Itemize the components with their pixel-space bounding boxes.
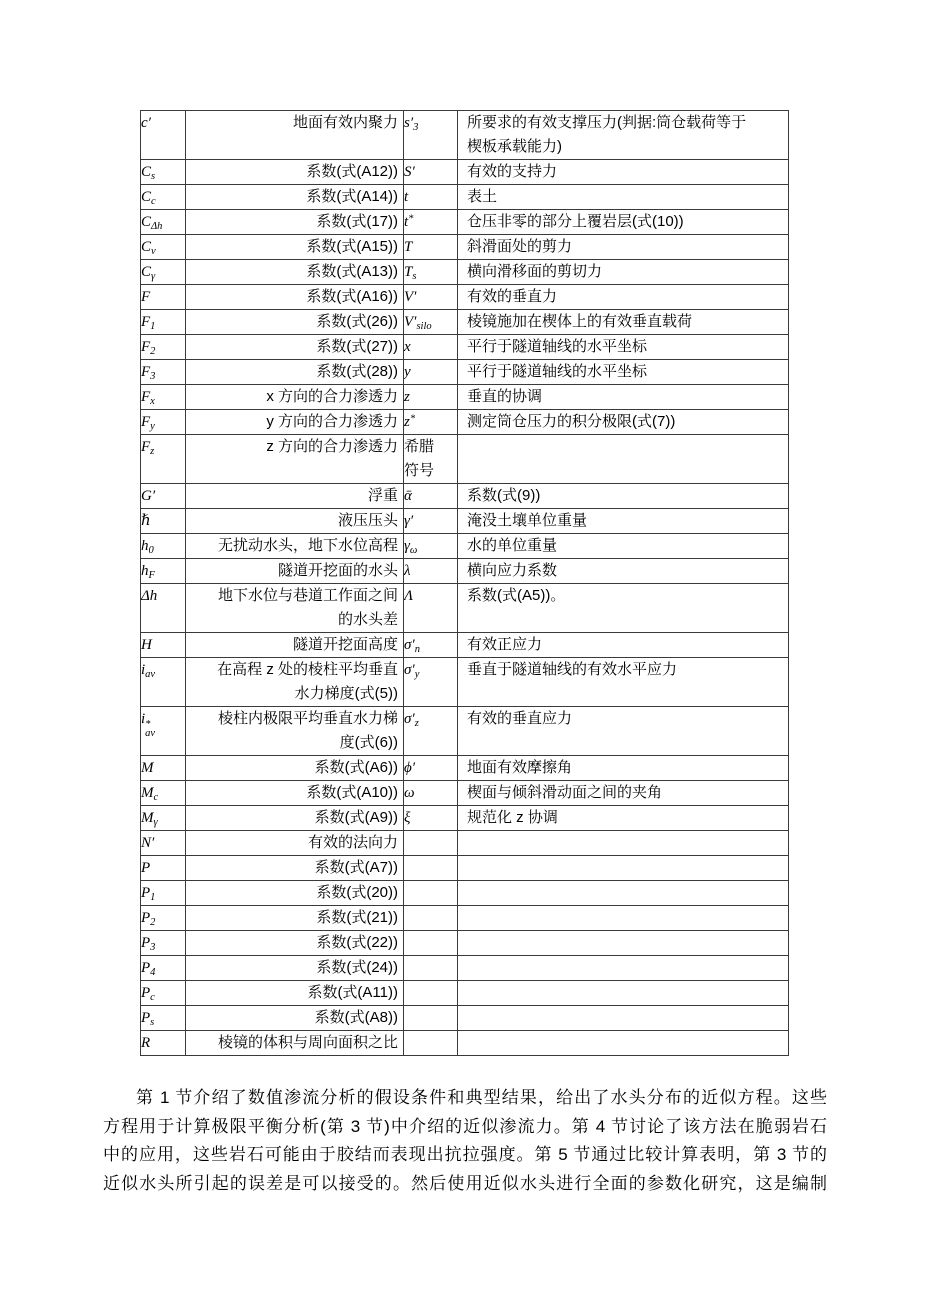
table-row: N′有效的法向力 xyxy=(141,831,789,856)
description-right-cell: 有效的支持力 xyxy=(458,160,789,185)
symbol-right-cell: σ′z xyxy=(404,707,458,756)
description-left-cell: 系数(式(A13)) xyxy=(186,260,404,285)
table-row: i*av棱柱内极限平均垂直水力梯 度(式(6))σ′z有效的垂直应力 xyxy=(141,707,789,756)
symbol-right-cell: ϕ′ xyxy=(404,756,458,781)
description-left-cell: z 方向的合力渗透力 xyxy=(186,435,404,484)
symbol-left-cell: G′ xyxy=(141,484,186,509)
table-row: c′地面有效内聚力s′3所要求的有效支撑压力(判据:筒仓载荷等于 楔板承载能力) xyxy=(141,111,789,160)
symbol-left-cell: Cγ xyxy=(141,260,186,285)
description-left-cell: 系数(式(28)) xyxy=(186,360,404,385)
description-right-cell: 系数(式(9)) xyxy=(458,484,789,509)
symbol-right-cell xyxy=(404,1006,458,1031)
document-page: c′地面有效内聚力s′3所要求的有效支撑压力(判据:筒仓载荷等于 楔板承载能力)… xyxy=(0,0,926,1309)
description-left-cell: 隧道开挖面高度 xyxy=(186,633,404,658)
symbol-left-cell: P xyxy=(141,856,186,881)
symbol-left-cell: M xyxy=(141,756,186,781)
description-left-cell: 地面有效内聚力 xyxy=(186,111,404,160)
description-right-cell: 楔面与倾斜滑动面之间的夹角 xyxy=(458,781,789,806)
table-row: Pc系数(式(A11)) xyxy=(141,981,789,1006)
symbol-left-cell: P4 xyxy=(141,956,186,981)
description-right-cell xyxy=(458,1006,789,1031)
symbol-right-cell: γ′ xyxy=(404,509,458,534)
symbol-left-cell: ℏ xyxy=(141,509,186,534)
table-row: Cc系数(式(A14))t表土 xyxy=(141,185,789,210)
symbol-left-cell: P3 xyxy=(141,931,186,956)
description-right-cell xyxy=(458,906,789,931)
description-right-cell: 所要求的有效支撑压力(判据:筒仓载荷等于 楔板承载能力) xyxy=(458,111,789,160)
description-left-cell: 液压压头 xyxy=(186,509,404,534)
description-right-cell xyxy=(458,856,789,881)
table-row: Cv系数(式(A15))T斜滑面处的剪力 xyxy=(141,235,789,260)
nomenclature-table-body: c′地面有效内聚力s′3所要求的有效支撑压力(判据:筒仓载荷等于 楔板承载能力)… xyxy=(141,111,789,1056)
description-right-cell xyxy=(458,1031,789,1056)
description-left-cell: 系数(式(27)) xyxy=(186,335,404,360)
symbol-left-cell: F2 xyxy=(141,335,186,360)
description-left-cell: 系数(式(A10)) xyxy=(186,781,404,806)
description-left-cell: 系数(式(A9)) xyxy=(186,806,404,831)
symbol-right-cell: V′ xyxy=(404,285,458,310)
table-row: F3系数(式(28))y平行于隧道轴线的水平坐标 xyxy=(141,360,789,385)
symbol-left-cell: CΔh xyxy=(141,210,186,235)
symbol-left-cell: Cs xyxy=(141,160,186,185)
table-row: F2系数(式(27))x平行于隧道轴线的水平坐标 xyxy=(141,335,789,360)
description-right-cell xyxy=(458,435,789,484)
symbol-left-cell: Mγ xyxy=(141,806,186,831)
symbol-right-cell: λ xyxy=(404,559,458,584)
table-row: Fzz 方向的合力渗透力希腊符号 xyxy=(141,435,789,484)
symbol-right-cell: z xyxy=(404,385,458,410)
symbol-right-cell: y xyxy=(404,360,458,385)
table-row: ℏ液压压头γ′淹没土壤单位重量 xyxy=(141,509,789,534)
description-left-cell: 棱柱内极限平均垂直水力梯 度(式(6)) xyxy=(186,707,404,756)
description-right-cell: 平行于隧道轴线的水平坐标 xyxy=(458,360,789,385)
symbol-right-cell xyxy=(404,856,458,881)
symbol-left-cell: H xyxy=(141,633,186,658)
symbol-right-cell: ω xyxy=(404,781,458,806)
table-row: Mγ系数(式(A9))ξ规范化 z 协调 xyxy=(141,806,789,831)
description-left-cell: 隧道开挖面的水头 xyxy=(186,559,404,584)
description-right-cell: 测定筒仓压力的积分极限(式(7)) xyxy=(458,410,789,435)
symbol-right-cell xyxy=(404,881,458,906)
description-right-cell: 垂直于隧道轴线的有效水平应力 xyxy=(458,658,789,707)
description-right-cell xyxy=(458,981,789,1006)
description-right-cell: 棱镜施加在楔体上的有效垂直载荷 xyxy=(458,310,789,335)
description-left-cell: 浮重 xyxy=(186,484,404,509)
description-right-cell xyxy=(458,956,789,981)
table-row: Cγ系数(式(A13))Ts横向滑移面的剪切力 xyxy=(141,260,789,285)
description-left-cell: 系数(式(A12)) xyxy=(186,160,404,185)
description-left-cell: 系数(式(22)) xyxy=(186,931,404,956)
table-row: H隧道开挖面高度σ′n有效正应力 xyxy=(141,633,789,658)
symbol-right-cell xyxy=(404,1031,458,1056)
description-right-cell xyxy=(458,831,789,856)
description-right-cell: 水的单位重量 xyxy=(458,534,789,559)
symbol-left-cell: c′ xyxy=(141,111,186,160)
table-row: Fyy 方向的合力渗透力z*测定筒仓压力的积分极限(式(7)) xyxy=(141,410,789,435)
table-row: Cs系数(式(A12))S′有效的支持力 xyxy=(141,160,789,185)
table-row: Fxx 方向的合力渗透力z垂直的协调 xyxy=(141,385,789,410)
symbol-left-cell: P1 xyxy=(141,881,186,906)
description-right-cell: 横向滑移面的剪切力 xyxy=(458,260,789,285)
symbol-right-cell: s′3 xyxy=(404,111,458,160)
table-row: h0无扰动水头，地下水位高程γω水的单位重量 xyxy=(141,534,789,559)
symbol-left-cell: Pc xyxy=(141,981,186,1006)
description-right-cell: 淹没土壤单位重量 xyxy=(458,509,789,534)
description-left-cell: 有效的法向力 xyxy=(186,831,404,856)
description-left-cell: 系数(式(A6)) xyxy=(186,756,404,781)
description-left-cell: 系数(式(A8)) xyxy=(186,1006,404,1031)
symbol-right-cell xyxy=(404,831,458,856)
description-left-cell: 系数(式(20)) xyxy=(186,881,404,906)
table-row: F系数(式(A16))V′有效的垂直力 xyxy=(141,285,789,310)
symbol-right-cell: T xyxy=(404,235,458,260)
symbol-right-cell xyxy=(404,981,458,1006)
symbol-right-cell xyxy=(404,906,458,931)
table-row: F1系数(式(26))V′silo棱镜施加在楔体上的有效垂直载荷 xyxy=(141,310,789,335)
description-left-cell: 地下水位与巷道工作面之间 的水头差 xyxy=(186,584,404,633)
table-row: M系数(式(A6))ϕ′地面有效摩擦角 xyxy=(141,756,789,781)
description-left-cell: 系数(式(A11)) xyxy=(186,981,404,1006)
symbol-right-cell: t xyxy=(404,185,458,210)
table-row: Mc系数(式(A10))ω楔面与倾斜滑动面之间的夹角 xyxy=(141,781,789,806)
description-right-cell: 系数(式(A5))。 xyxy=(458,584,789,633)
table-row: G′浮重ᾱ系数(式(9)) xyxy=(141,484,789,509)
description-right-cell: 有效正应力 xyxy=(458,633,789,658)
symbol-left-cell: Cc xyxy=(141,185,186,210)
description-left-cell: 系数(式(A15)) xyxy=(186,235,404,260)
description-left-cell: 系数(式(17)) xyxy=(186,210,404,235)
symbol-left-cell: h0 xyxy=(141,534,186,559)
symbol-left-cell: Mc xyxy=(141,781,186,806)
description-left-cell: 系数(式(A14)) xyxy=(186,185,404,210)
symbol-right-cell: V′silo xyxy=(404,310,458,335)
description-left-cell: x 方向的合力渗透力 xyxy=(186,385,404,410)
symbol-left-cell: Fx xyxy=(141,385,186,410)
description-right-cell: 横向应力系数 xyxy=(458,559,789,584)
symbol-right-cell: t* xyxy=(404,210,458,235)
description-left-cell: 系数(式(A16)) xyxy=(186,285,404,310)
symbol-left-cell: P2 xyxy=(141,906,186,931)
description-left-cell: 系数(式(24)) xyxy=(186,956,404,981)
paragraph-line: 近似水头所引起的误差是可以接受的。然后使用近似水头进行全面的参数化研究，这是编制 xyxy=(103,1170,827,1199)
symbol-left-cell: Cv xyxy=(141,235,186,260)
symbol-right-cell: x xyxy=(404,335,458,360)
symbol-left-cell: F3 xyxy=(141,360,186,385)
table-row: iav在高程 z 处的棱柱平均垂直 水力梯度(式(5))σ′y垂直于隧道轴线的有… xyxy=(141,658,789,707)
description-left-cell: 系数(式(21)) xyxy=(186,906,404,931)
symbol-left-cell: Fz xyxy=(141,435,186,484)
symbol-left-cell: Δh xyxy=(141,584,186,633)
description-left-cell: 棱镜的体积与周向面积之比 xyxy=(186,1031,404,1056)
nomenclature-table: c′地面有效内聚力s′3所要求的有效支撑压力(判据:筒仓载荷等于 楔板承载能力)… xyxy=(140,110,789,1056)
symbol-left-cell: iav xyxy=(141,658,186,707)
table-row: P1系数(式(20)) xyxy=(141,881,789,906)
description-left-cell: 在高程 z 处的棱柱平均垂直 水力梯度(式(5)) xyxy=(186,658,404,707)
symbol-right-cell: σ′y xyxy=(404,658,458,707)
symbol-left-cell: F1 xyxy=(141,310,186,335)
symbol-left-cell: N′ xyxy=(141,831,186,856)
description-right-cell: 有效的垂直应力 xyxy=(458,707,789,756)
symbol-left-cell: Ps xyxy=(141,1006,186,1031)
description-right-cell: 斜滑面处的剪力 xyxy=(458,235,789,260)
description-right-cell: 平行于隧道轴线的水平坐标 xyxy=(458,335,789,360)
table-row: Ps系数(式(A8)) xyxy=(141,1006,789,1031)
table-row: P系数(式(A7)) xyxy=(141,856,789,881)
description-left-cell: 系数(式(A7)) xyxy=(186,856,404,881)
symbol-left-cell: Fy xyxy=(141,410,186,435)
table-row: P2系数(式(21)) xyxy=(141,906,789,931)
description-right-cell: 有效的垂直力 xyxy=(458,285,789,310)
symbol-left-cell: R xyxy=(141,1031,186,1056)
symbol-right-cell: ξ xyxy=(404,806,458,831)
description-right-cell xyxy=(458,881,789,906)
symbol-right-cell: 希腊符号 xyxy=(404,435,458,484)
table-row: hF隧道开挖面的水头λ横向应力系数 xyxy=(141,559,789,584)
description-left-cell: 无扰动水头，地下水位高程 xyxy=(186,534,404,559)
description-right-cell: 地面有效摩擦角 xyxy=(458,756,789,781)
description-right-cell: 规范化 z 协调 xyxy=(458,806,789,831)
description-left-cell: y 方向的合力渗透力 xyxy=(186,410,404,435)
table-row: CΔh系数(式(17))t*仓压非零的部分上覆岩层(式(10)) xyxy=(141,210,789,235)
table-row: P3系数(式(22)) xyxy=(141,931,789,956)
symbol-right-cell: S′ xyxy=(404,160,458,185)
table-row: R棱镜的体积与周向面积之比 xyxy=(141,1031,789,1056)
symbol-right-cell: σ′n xyxy=(404,633,458,658)
description-right-cell: 表土 xyxy=(458,185,789,210)
description-right-cell: 垂直的协调 xyxy=(458,385,789,410)
symbol-right-cell: Ts xyxy=(404,260,458,285)
body-paragraph: 第 1 节介绍了数值渗流分析的假设条件和典型结果，给出了水头分布的近似方程。这些… xyxy=(103,1084,827,1199)
symbol-right-cell: Λ xyxy=(404,584,458,633)
symbol-right-cell: γω xyxy=(404,534,458,559)
symbol-right-cell: ᾱ xyxy=(404,484,458,509)
symbol-left-cell: i*av xyxy=(141,707,186,756)
table-row: P4系数(式(24)) xyxy=(141,956,789,981)
table-row: Δh地下水位与巷道工作面之间 的水头差Λ系数(式(A5))。 xyxy=(141,584,789,633)
description-left-cell: 系数(式(26)) xyxy=(186,310,404,335)
symbol-right-cell xyxy=(404,931,458,956)
symbol-right-cell: z* xyxy=(404,410,458,435)
description-right-cell xyxy=(458,931,789,956)
symbol-left-cell: hF xyxy=(141,559,186,584)
paragraph-line: 中的应用，这些岩石可能由于胶结而表现出抗拉强度。第 5 节通过比较计算表明，第 … xyxy=(103,1141,827,1170)
paragraph-line: 方程用于计算极限平衡分析(第 3 节)中介绍的近似渗流力。第 4 节讨论了该方法… xyxy=(103,1113,827,1142)
paragraph-line: 第 1 节介绍了数值渗流分析的假设条件和典型结果，给出了水头分布的近似方程。这些 xyxy=(103,1084,827,1113)
symbol-left-cell: F xyxy=(141,285,186,310)
description-right-cell: 仓压非零的部分上覆岩层(式(10)) xyxy=(458,210,789,235)
symbol-right-cell xyxy=(404,956,458,981)
